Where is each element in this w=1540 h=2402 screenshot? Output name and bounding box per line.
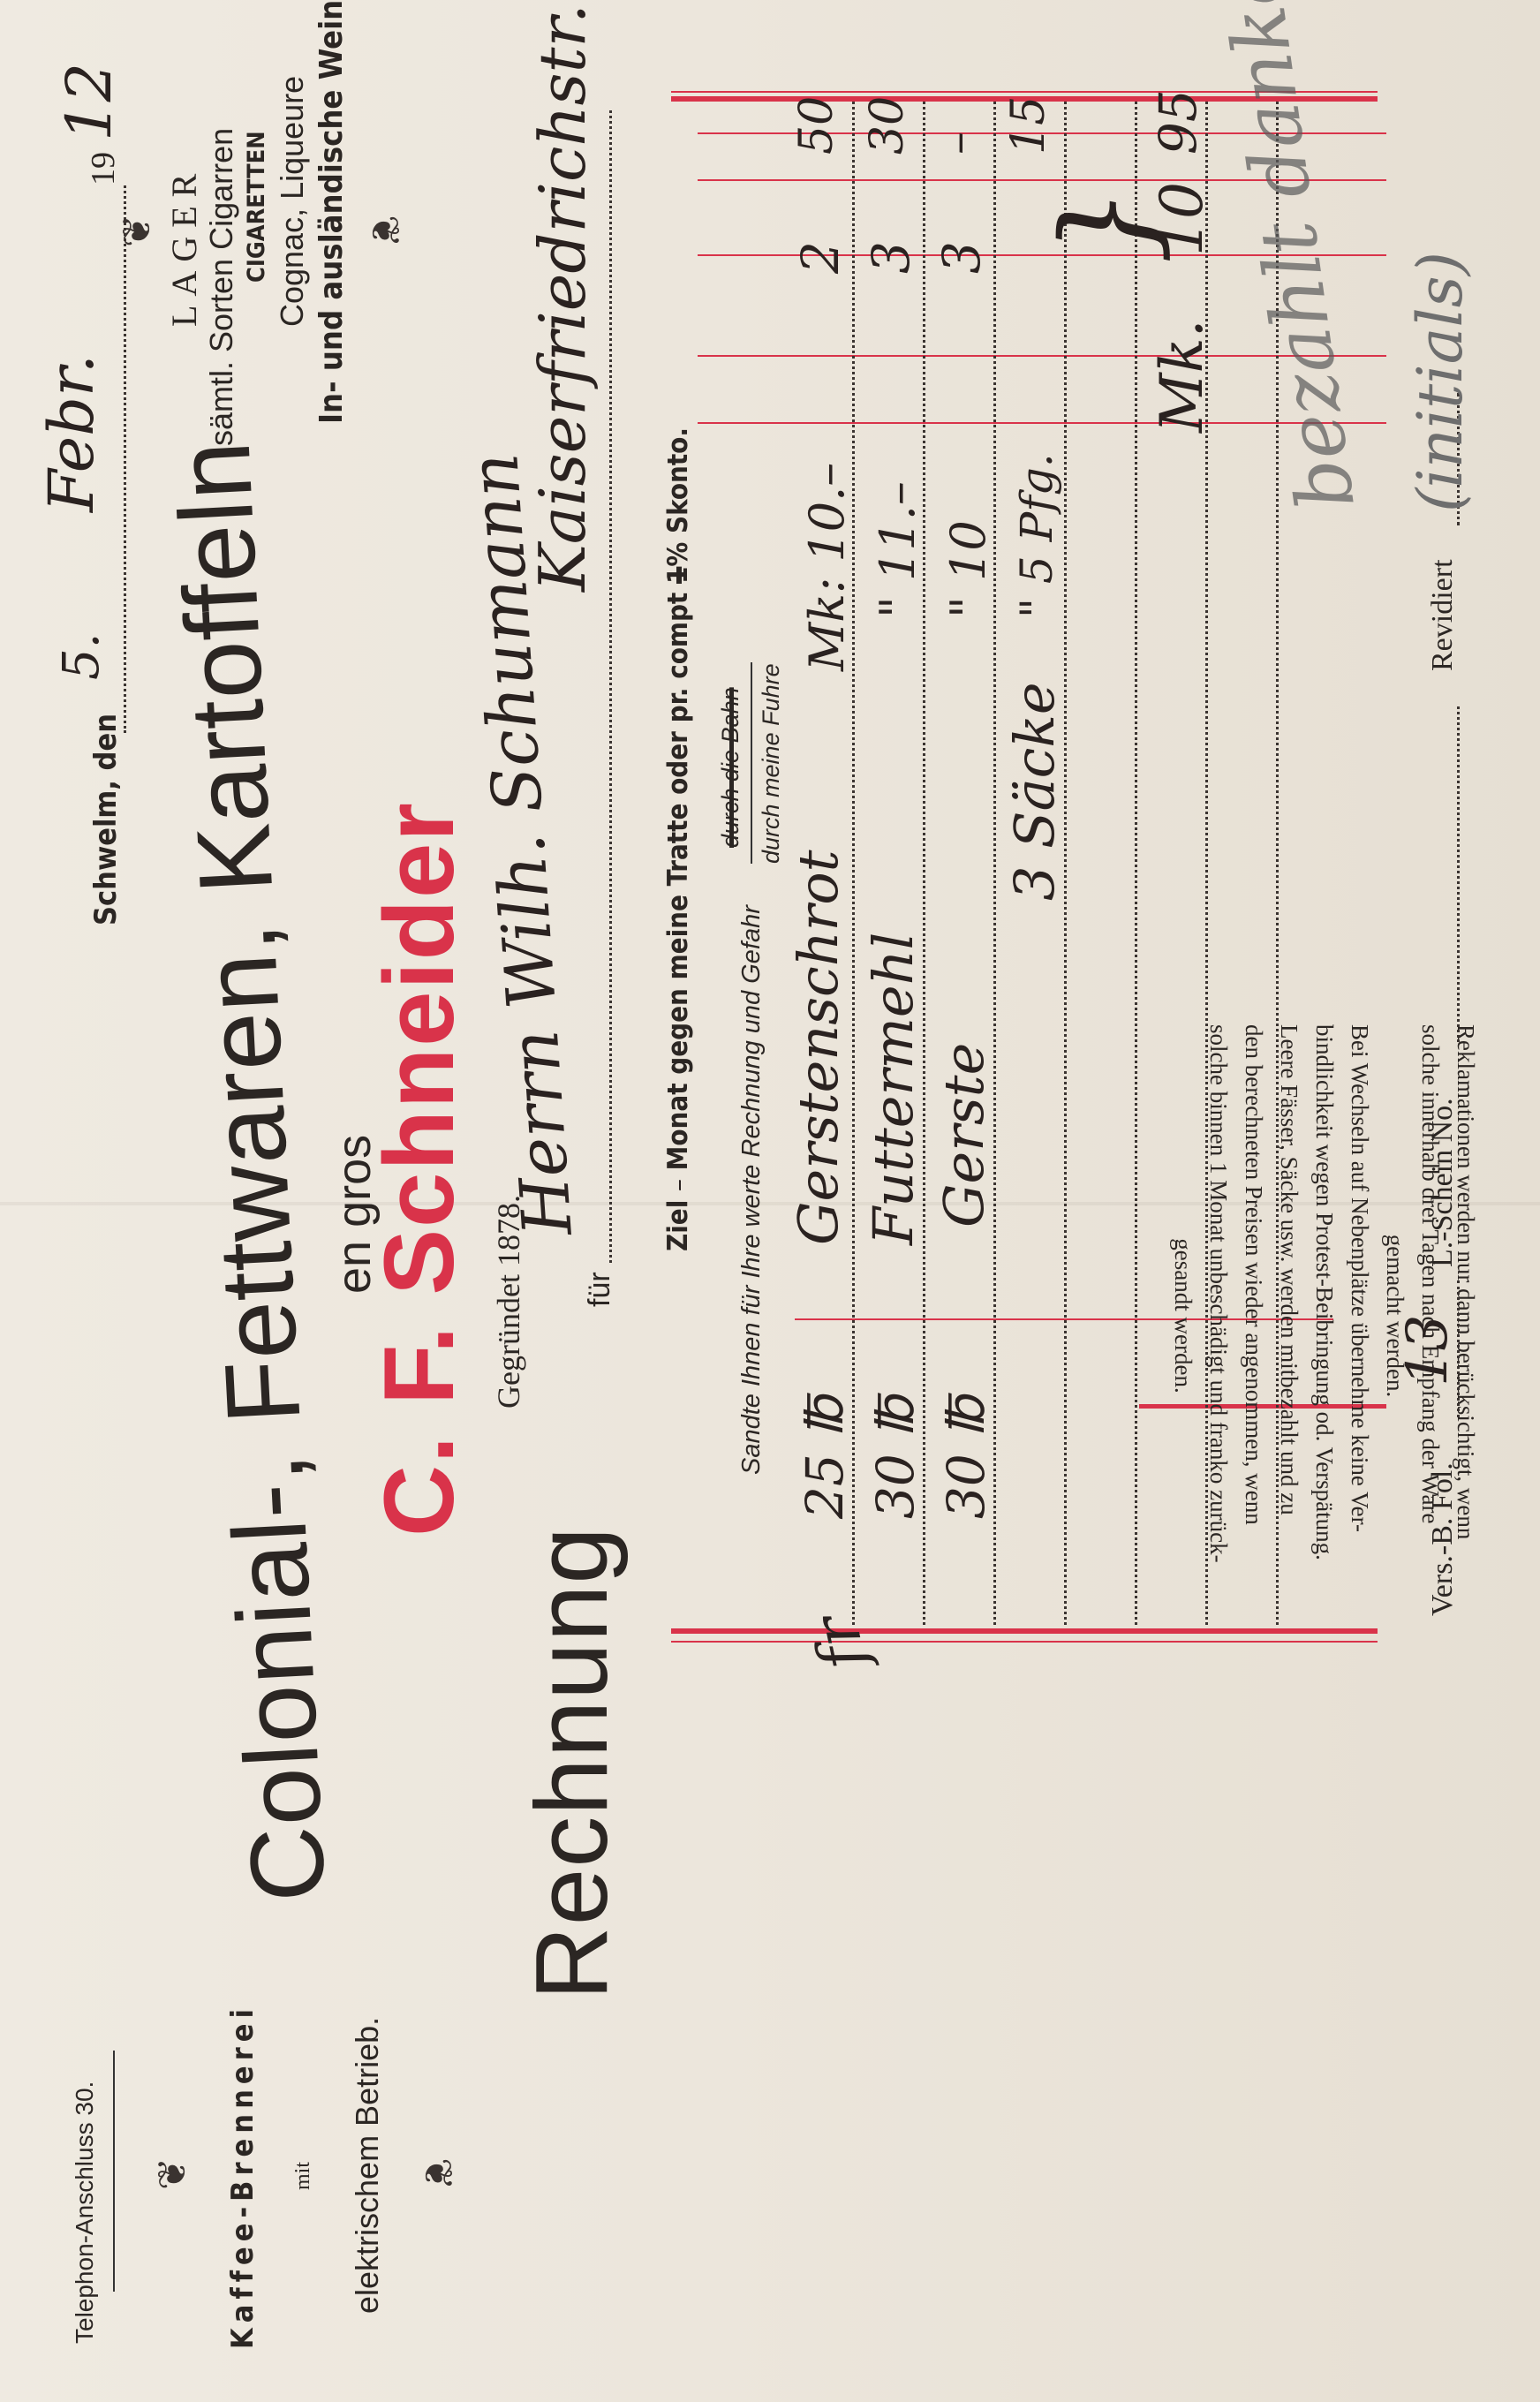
leaf-ornament-icon: ❦	[362, 215, 407, 247]
red-left-rule-thin	[671, 1641, 1378, 1643]
item-total-whole: 3	[932, 241, 992, 274]
item-unit-price: " 5 Pfg.	[1011, 453, 1062, 618]
lager-line-1: sämtl. Sorten Cigarren	[203, 128, 240, 446]
leaf-ornament-icon: ❦	[415, 2157, 460, 2190]
fuer-label: für	[583, 1272, 617, 1307]
telephone-underline	[113, 2051, 115, 2292]
shipping-statement: Sandte Ihnen für Ihre werte Rechnung und…	[737, 905, 766, 1475]
lager-line-3: Cognac, Liqueure	[274, 76, 311, 327]
invoice-sheet: Telephon-Anschluss 30. ❦ Kaffee-Brennere…	[0, 0, 1540, 2402]
shipping-fraction-bar	[751, 662, 752, 864]
item-quantity: 30 ℔	[936, 1395, 996, 1519]
revidiert-label: Revidiert	[1426, 559, 1460, 671]
leaf-ornament-icon: ❦	[115, 215, 160, 247]
date-place-label: Schwelm, den	[88, 714, 124, 925]
payment-terms: Ziel – Monat gegen meine Tratte oder pr.…	[662, 427, 694, 1251]
l-schein-field[interactable]	[1457, 706, 1460, 1042]
item-quantity: 30 ℔	[865, 1395, 925, 1519]
item-total-cents: 15	[1002, 96, 1055, 155]
sum-cents: 95	[1148, 89, 1208, 155]
item-total-whole: 2	[790, 241, 850, 274]
item-article: Gerstenschrot	[786, 850, 850, 1245]
shipping-option-rail: durch die Bahn	[717, 687, 744, 848]
ziel-value: –	[662, 1179, 694, 1191]
vers-b-fol-value: 13	[1395, 1315, 1461, 1386]
red-left-rule	[671, 1628, 1378, 1634]
vers-b-fol-dotted-line	[1457, 1280, 1460, 1417]
item-unit-price: " 11.–	[870, 481, 925, 618]
item-total-cents: 50	[790, 96, 843, 155]
item-total-whole: 3	[861, 241, 921, 274]
lager-label: LAGER	[163, 165, 205, 327]
rechnung-label: Rechnung	[512, 1526, 630, 2000]
item-article: 3 Säcke	[1002, 682, 1067, 901]
shipping-option-own: durch meine Fuhre	[758, 663, 785, 864]
item-unit-price: Mk: 10.–	[799, 463, 855, 671]
item-total-cents: 30	[861, 96, 914, 155]
roastery-mit: mit	[291, 2162, 315, 2190]
leaf-ornament-icon: ❦	[150, 2157, 195, 2190]
telephone-label: Telephon-Anschluss 30.	[71, 2081, 99, 2344]
recipient-address: Kaiserfriedrichstr.	[525, 4, 600, 592]
recipient-dotted-line	[609, 110, 612, 1263]
pencil-paid-note: bezahlt dankend	[1191, 0, 1372, 516]
item-quantity: 25 ℔	[795, 1395, 855, 1519]
date-day: 5.	[53, 633, 110, 680]
sum-brace: }	[1064, 186, 1152, 265]
date-month: Febr.	[35, 354, 108, 512]
company-name: C. F. Schneider	[362, 801, 476, 1537]
revidiert-signature: (initials)	[1404, 252, 1476, 512]
item-bracket: fr	[799, 1610, 881, 1676]
item-row-guide	[1135, 102, 1137, 1625]
roastery-title: Kaffee-Brennerei	[225, 2004, 260, 2349]
sum-currency-label: Mk.	[1148, 319, 1216, 433]
item-unit-price: " 10	[940, 520, 996, 618]
roastery-subtitle: elektrischem Betrieb.	[349, 2017, 386, 2314]
lager-line-2: CIGARETTEN	[243, 131, 270, 283]
trade-line-heading: Colonial-, Fettwaren, Kartoffeln	[153, 438, 350, 1905]
item-total-cents: –	[932, 132, 985, 155]
date-year: 12	[53, 63, 125, 141]
lager-line-4: In- und ausländische Weine.	[313, 0, 350, 424]
item-article: Futtermehl	[861, 933, 925, 1245]
item-article: Gerste	[932, 1043, 996, 1227]
l-schein-label: L.-Schein No.	[1426, 1098, 1460, 1267]
skonto-struck-value: 1	[662, 567, 694, 584]
date-year-prefix: 19	[84, 152, 123, 185]
sum-whole: 10	[1148, 182, 1216, 256]
date-dotted-line	[124, 185, 126, 733]
vers-b-fol-label: Vers.-B. Fol.	[1426, 1462, 1460, 1616]
